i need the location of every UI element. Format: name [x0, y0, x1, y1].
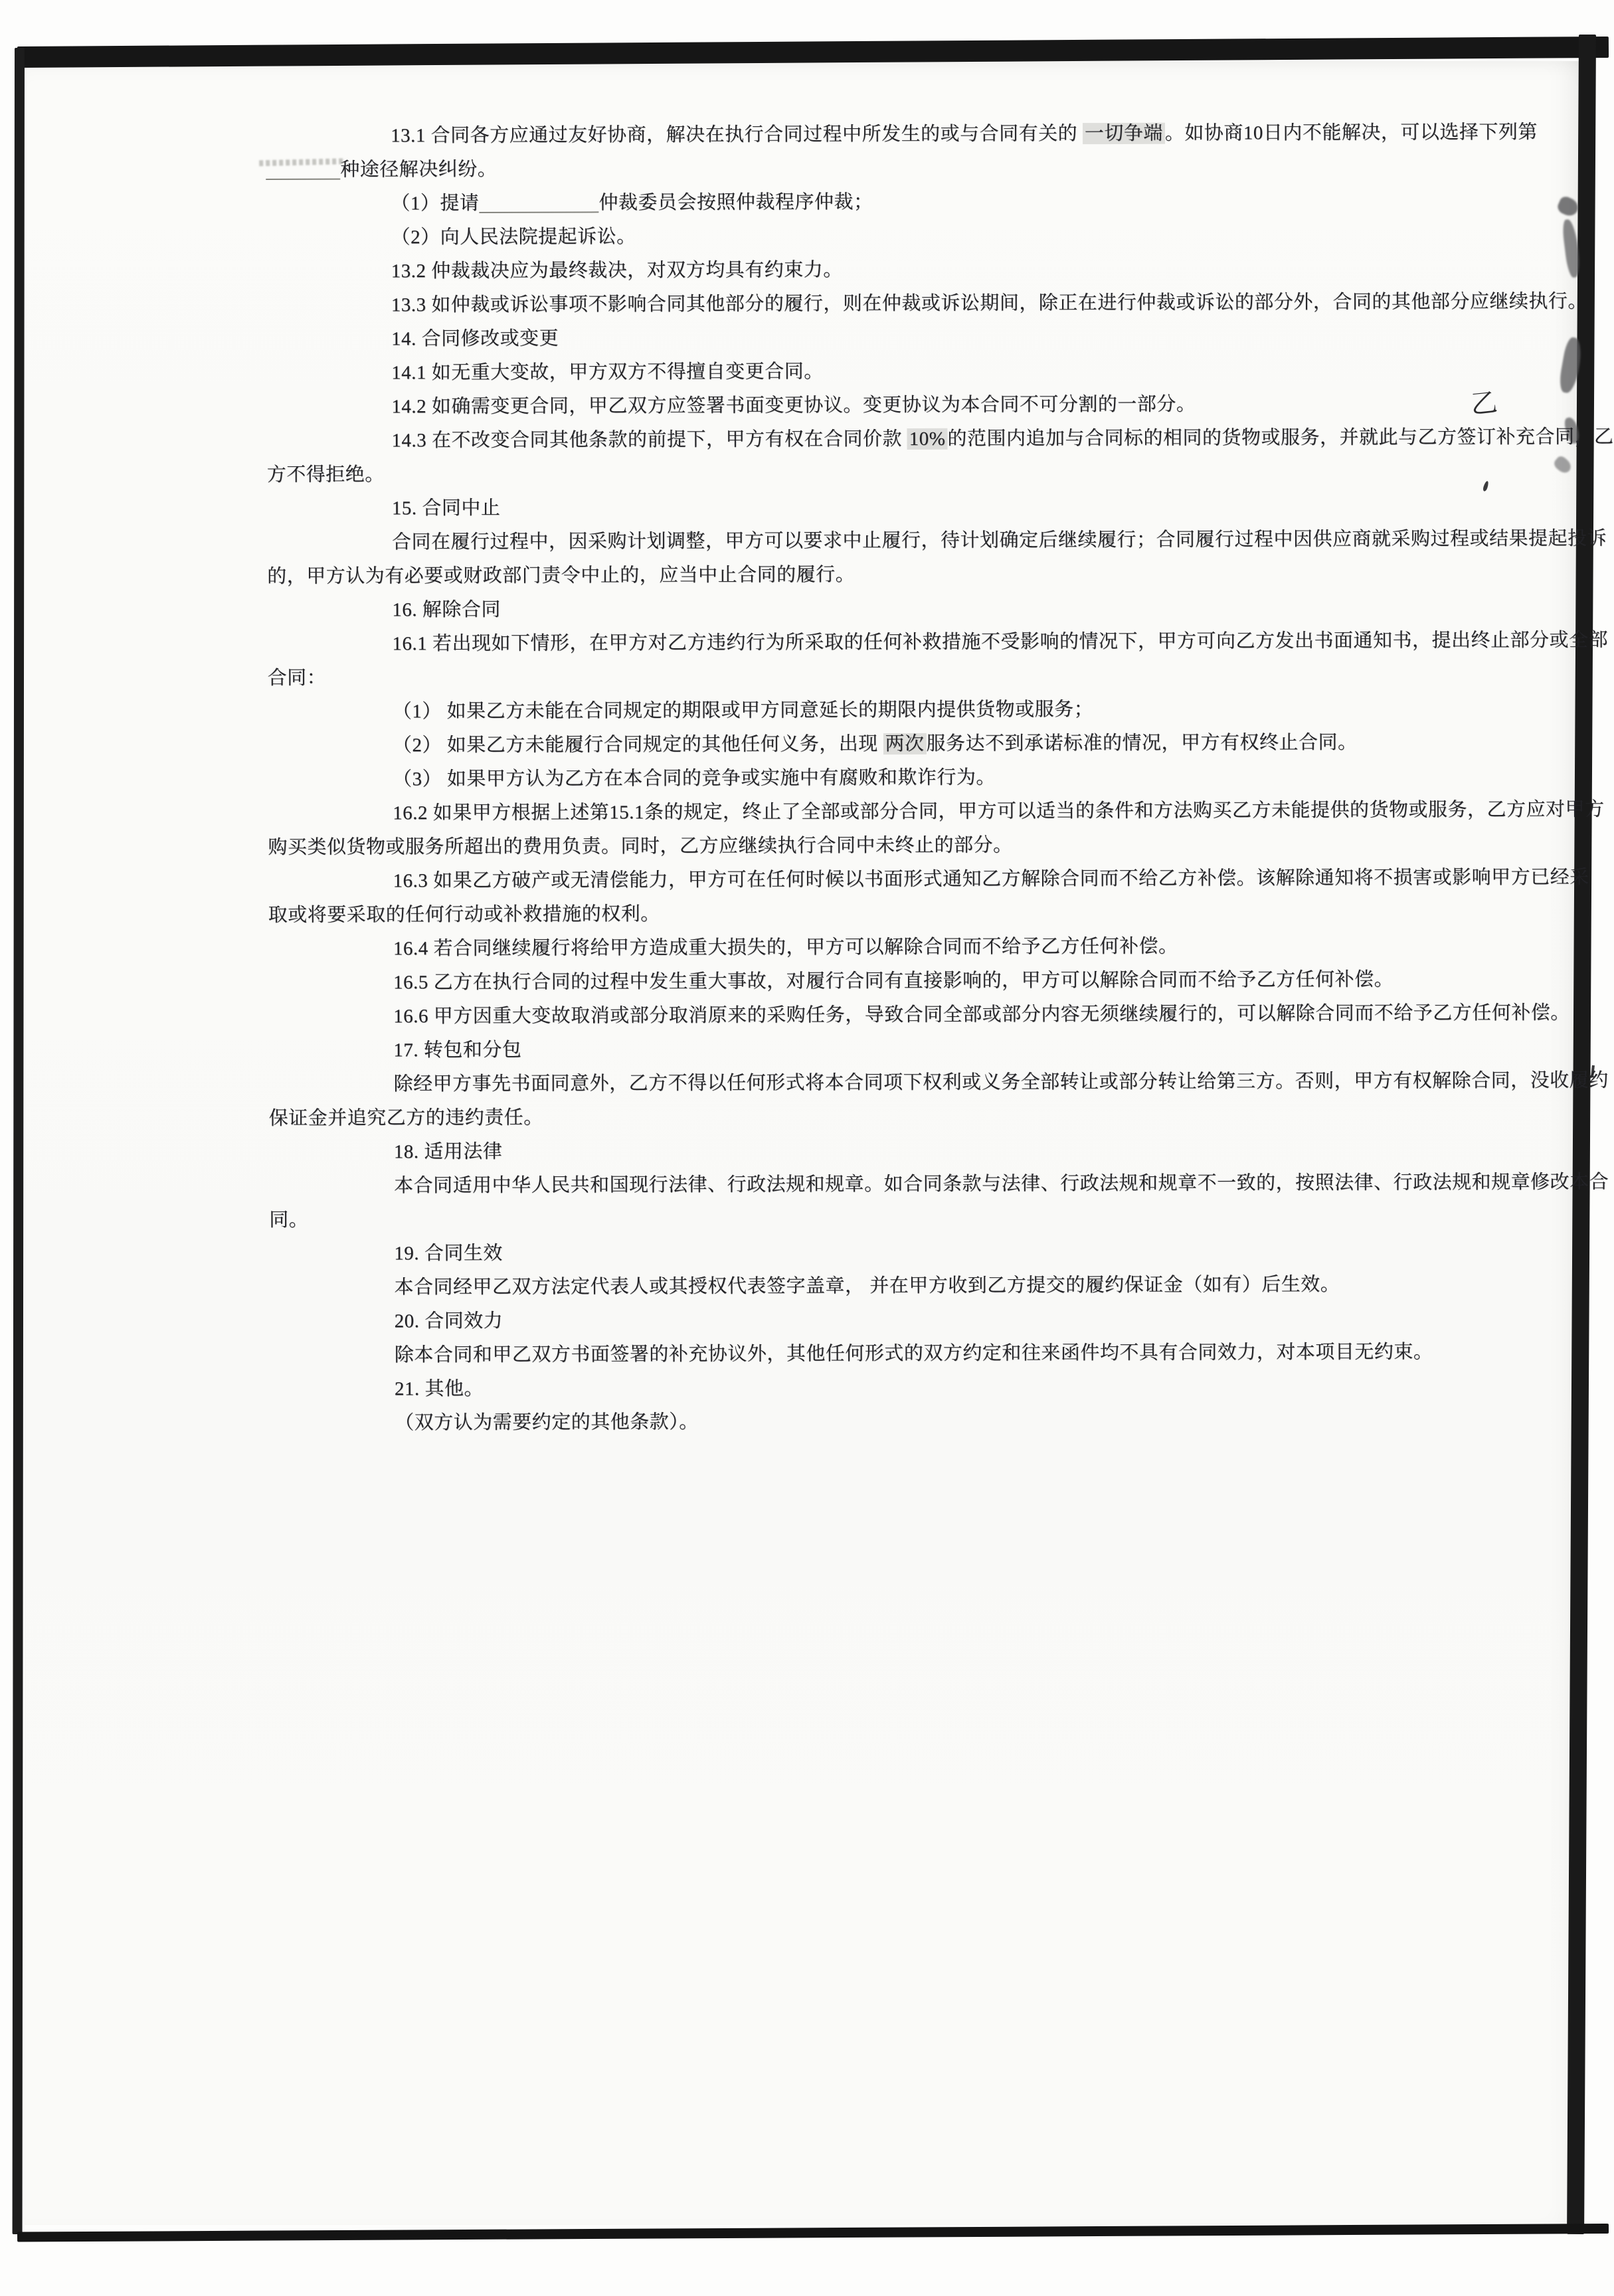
text-run: 15. 合同中止 [392, 497, 501, 519]
contract-line: 14. 合同修改或变更 [266, 319, 1515, 357]
contract-line: （3） 如果甲方认为乙方在本合同的竞争或实施中有腐败和欺诈行为。 [268, 759, 1516, 797]
contract-line: 14.2 如确需变更合同，甲乙双方应签署书面变更协议。变更协议为本合同不可分割的… [266, 387, 1515, 424]
filled-field: 一切争端 [1083, 123, 1165, 144]
text-run: （2） 如果乙方未能履行合同规定的其他任何义务，出现 [393, 733, 883, 756]
scan-border-bottom [17, 2224, 1609, 2242]
contract-line: 16. 解除合同 [267, 590, 1516, 628]
text-run: （1） 如果乙方未能在合同规定的期限或甲方同意延长的期限内提供货物或服务； [393, 699, 1093, 722]
text-run: 14.1 如无重大变故，甲方双方不得擅自变更合同。 [391, 361, 824, 383]
contract-line: 18. 适用法律 [269, 1132, 1518, 1170]
contract-line: 本合同适用中华人民共和国现行法律、行政法规和规章。如合同条款与法律、行政法规和规… [269, 1166, 1518, 1203]
text-run: 14.3 在不改变合同其他条款的前提下，甲方有权在合同价款 [391, 428, 907, 451]
contract-line: 16.2 如果甲方根据上述第15.1条的规定，终止了全部或部分合同，甲方可以适当… [268, 793, 1516, 831]
text-run: 本合同经甲乙双方法定代表人或其授权代表签字盖章， 并在甲方收到乙方提交的履约保证… [394, 1274, 1340, 1298]
contract-line: 16.6 甲方因重大变故取消或部分取消原来的采购任务，导致合同全部或部分内容无须… [268, 996, 1517, 1034]
text-run: 16.2 如果甲方根据上述第15.1条的规定，终止了全部或部分合同，甲方可以适当… [393, 799, 1604, 824]
contract-line: 17. 转包和分包 [268, 1030, 1517, 1068]
text-run: 购买类似货物或服务所超出的费用负责。同时，乙方应继续执行合同中未终止的部分。 [268, 834, 1012, 858]
text-run: 19. 合同生效 [394, 1243, 503, 1265]
text-run: 13.3 如仲裁或诉讼事项不影响合同其他部分的履行，则在仲裁或诉讼期间，除正在进… [391, 291, 1587, 316]
text-run: 16.1 若出现如下情形，在甲方对乙方违约行为所采取的任何补救措施不受影响的情况… [392, 630, 1608, 655]
contract-line: （双方认为需要约定的其他条款）。 [270, 1403, 1518, 1441]
contract-line: 本合同经甲乙双方法定代表人或其授权代表签字盖章， 并在甲方收到乙方提交的履约保证… [269, 1267, 1518, 1305]
text-run: 仲裁委员会按照仲裁程序仲裁； [598, 191, 873, 213]
contract-line: （2）向人民法院提起诉讼。 [266, 217, 1514, 255]
text-run: 。如协商10日内不能解决，可以选择下列第 [1165, 122, 1538, 144]
contract-line: 的，甲方认为有必要或财政部门责令中止的，应当中止合同的履行。 [267, 556, 1516, 594]
text-run: 保证金并追究乙方的违约责任。 [269, 1107, 543, 1129]
contract-line: 21. 其他。 [270, 1369, 1518, 1407]
contract-line: 合同在履行过程中，因采购计划调整，甲方可以要求中止履行，待计划确定后继续履行；合… [267, 522, 1516, 560]
contract-line: 除本合同和甲乙双方书面签署的补充协议外，其他任何形式的双方约定和往来函件均不具有… [270, 1335, 1518, 1373]
text-run: 方不得拒绝。 [267, 464, 385, 486]
contract-line: 13.1 合同各方应通过友好协商，解决在执行合同过程中所发生的或与合同有关的 一… [266, 116, 1514, 153]
text-run: 的，甲方认为有必要或财政部门责令中止的，应当中止合同的履行。 [267, 564, 855, 587]
scanned-contract-page: 乙 13.1 合同各方应通过友好协商，解决在执行合同过程中所发生的或与合同有关的… [0, 0, 1614, 2296]
text-run: 13.2 仲裁裁决应为最终裁决，对双方均具有约束力。 [391, 259, 843, 282]
text-run: 同。 [269, 1209, 308, 1231]
text-run: 16.4 若合同继续履行将给甲方造成重大损失的，甲方可以解除合同而不给予乙方任何… [393, 936, 1178, 960]
text-run: 20. 合同效力 [395, 1310, 503, 1332]
contract-line: 保证金并追究乙方的违约责任。 [269, 1098, 1518, 1136]
text-run: 16.3 如果乙方破产或无清偿能力，甲方可在任何时候以书面形式通知乙方解除合同而… [393, 867, 1589, 892]
contract-line: 取或将要采取的任何行动或补救措施的权利。 [268, 895, 1517, 932]
contract-line: 16.1 若出现如下情形，在甲方对乙方违约行为所采取的任何补救措施不受影响的情况… [267, 624, 1516, 662]
contract-body: 13.1 合同各方应通过友好协商，解决在执行合同过程中所发生的或与合同有关的 一… [266, 116, 1518, 1441]
contract-line: 16.4 若合同继续履行将给甲方造成重大损失的，甲方可以解除合同而不给予乙方任何… [268, 928, 1517, 966]
text-run: 18. 适用法律 [394, 1141, 503, 1163]
text-run: 的范围内追加与合同标的相同的货物或服务，并就此与乙方签订补充合同，乙 [947, 426, 1613, 450]
contract-line: 20. 合同效力 [270, 1301, 1518, 1339]
contract-line: 方不得拒绝。 [267, 454, 1516, 492]
blank-underline [479, 189, 598, 213]
text-run: （双方认为需要约定的其他条款）。 [395, 1411, 699, 1433]
contract-line: 16.5 乙方在执行合同的过程中发生重大事故，对履行合同有直接影响的，甲方可以解… [268, 962, 1517, 1000]
contract-line: 同。 [269, 1199, 1518, 1237]
text-run: 除本合同和甲乙双方书面签署的补充协议外，其他任何形式的双方约定和往来函件均不具有… [395, 1341, 1433, 1366]
contract-line: 合同： [268, 658, 1516, 695]
text-run: 除经甲方事先书面同意外，乙方不得以任何形式将本合同项下权利或义务全部转让或部分转… [394, 1070, 1609, 1095]
text-run: （2）向人民法院提起诉讼。 [391, 226, 636, 248]
text-run: 13.1 合同各方应通过友好协商，解决在执行合同过程中所发生的或与合同有关的 [391, 123, 1083, 146]
scan-border-left [13, 48, 25, 2234]
contract-line: 14.1 如无重大变故，甲方双方不得擅自变更合同。 [266, 353, 1515, 391]
text-run: 21. 其他。 [395, 1378, 484, 1399]
contract-line: （2） 如果乙方未能履行合同规定的其他任何义务，出现 两次服务达不到承诺标准的情… [268, 725, 1516, 763]
contract-line: （1）提请仲裁委员会按照仲裁程序仲裁； [266, 183, 1514, 221]
text-run: 16.5 乙方在执行合同的过程中发生重大事故，对履行合同有直接影响的，甲方可以解… [393, 969, 1393, 994]
contract-line: （1） 如果乙方未能在合同规定的期限或甲方同意延长的期限内提供货物或服务； [268, 691, 1516, 729]
contract-line: 15. 合同中止 [267, 488, 1516, 526]
text-run: 14. 合同修改或变更 [391, 328, 559, 350]
text-run: 取或将要采取的任何行动或补救措施的权利。 [268, 903, 660, 926]
contract-line: 购买类似货物或服务所超出的费用负责。同时，乙方应继续执行合同中未终止的部分。 [268, 827, 1516, 865]
text-run: 种途径解决纠纷。 [340, 159, 497, 181]
filled-field: 10% [907, 428, 948, 450]
text-run: 合同在履行过程中，因采购计划调整，甲方可以要求中止履行，待计划确定后继续履行；合… [392, 528, 1607, 553]
text-run: 16.6 甲方因重大变故取消或部分取消原来的采购任务，导致合同全部或部分内容无须… [393, 1002, 1570, 1027]
contract-line: 16.3 如果乙方破产或无清偿能力，甲方可在任何时候以书面形式通知乙方解除合同而… [268, 861, 1517, 899]
text-run: 14.2 如确需变更合同，甲乙双方应签署书面变更协议。变更协议为本合同不可分割的… [391, 394, 1196, 418]
text-run: 合同： [268, 667, 327, 689]
contract-line: 19. 合同生效 [269, 1233, 1518, 1271]
text-run: 服务达不到承诺标准的情况，甲方有权终止合同。 [926, 732, 1357, 754]
text-run: 16. 解除合同 [392, 599, 501, 621]
filled-field: 两次 [883, 733, 926, 754]
contract-line: 13.2 仲裁裁决应为最终裁决，对双方均具有约束力。 [266, 251, 1515, 289]
contract-line: 除经甲方事先书面同意外，乙方不得以任何形式将本合同项下权利或义务全部转让或部分转… [268, 1064, 1517, 1102]
text-run: 17. 转包和分包 [393, 1039, 521, 1061]
text-run: 本合同适用中华人民共和国现行法律、行政法规和规章。如合同条款与法律、行政法规和规… [394, 1172, 1609, 1197]
text-run: （1）提请 [391, 193, 479, 214]
text-run: （3） 如果甲方认为乙方在本合同的竞争或实施中有腐败和欺诈行为。 [393, 767, 996, 790]
contract-line: 14.3 在不改变合同其他条款的前提下，甲方有权在合同价款 10%的范围内追加与… [266, 420, 1515, 458]
contract-line: 种途径解决纠纷。 [266, 149, 1514, 187]
contract-line: 13.3 如仲裁或诉讼事项不影响合同其他部分的履行，则在仲裁或诉讼期间，除正在进… [266, 285, 1515, 323]
